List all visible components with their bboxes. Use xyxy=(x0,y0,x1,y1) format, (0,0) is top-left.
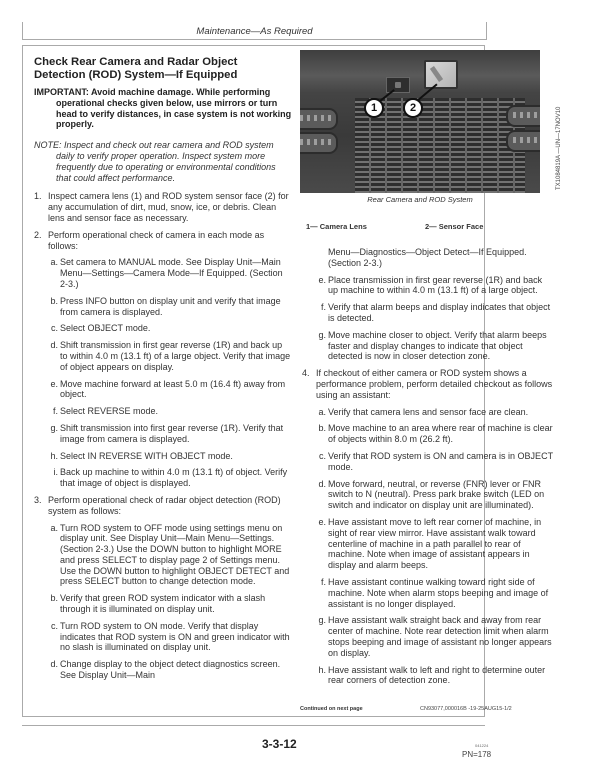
substep-2c: c.Select OBJECT mode. xyxy=(34,323,292,334)
substep-letter: b. xyxy=(48,593,58,604)
substep-text: Set camera to MANUAL mode. See Display U… xyxy=(60,257,283,289)
substep-text: Shift transmission into first gear rever… xyxy=(60,423,283,444)
substep-2g: g.Shift transmission into first gear rev… xyxy=(34,423,292,445)
page-number: 3-3-12 xyxy=(262,737,297,751)
step-text: Perform operational check of camera in e… xyxy=(48,230,264,251)
left-column: Check Rear Camera and Radar Object Detec… xyxy=(34,56,292,687)
legend-sensor-face: 2— Sensor Face xyxy=(425,222,483,231)
footer-divider xyxy=(22,725,485,726)
substep-letter: e. xyxy=(316,517,326,528)
substep-letter: c. xyxy=(48,621,58,632)
legend-camera-lens: 1— Camera Lens xyxy=(306,222,367,231)
substep-2e: e.Move machine forward at least 5.0 m (1… xyxy=(34,379,292,401)
substep-letter: e. xyxy=(316,275,326,286)
note: NOTE: Inspect and check out rear camera … xyxy=(34,140,292,183)
substep-letter: b. xyxy=(48,296,58,307)
substep-text: Select REVERSE mode. xyxy=(60,406,158,416)
step-number: 4. xyxy=(302,368,310,379)
substep-text: Select OBJECT mode. xyxy=(60,323,150,333)
substep-letter: b. xyxy=(316,423,326,434)
date-code: 041224 xyxy=(475,743,488,748)
substep-text: Press INFO button on display unit and ve… xyxy=(60,296,281,317)
callout-1: 1 xyxy=(364,98,384,118)
step-text: If checkout of either camera or ROD syst… xyxy=(316,368,552,400)
pn-number: PN=178 xyxy=(462,750,491,759)
substep-letter: c. xyxy=(48,323,58,334)
substep-text: Verify that alarm beeps and display indi… xyxy=(328,302,550,323)
rear-camera-rod-photo: 1 2 xyxy=(300,50,540,193)
substep-text: Turn ROD system to OFF mode using settin… xyxy=(60,523,289,587)
substep-letter: g. xyxy=(316,330,326,341)
substep-letter: c. xyxy=(316,451,326,462)
substep-4c: c.Verify that ROD system is ON and camer… xyxy=(302,451,554,473)
substep-letter: h. xyxy=(316,665,326,676)
figure-id: TX1084819A —UN—17NOV10 xyxy=(556,107,562,190)
substep-text: Select IN REVERSE WITH OBJECT mode. xyxy=(60,451,233,461)
substep-3g: g.Move machine closer to object. Verify … xyxy=(302,330,554,362)
step-4: 4. If checkout of either camera or ROD s… xyxy=(302,368,554,400)
substep-4e: e.Have assistant move to left rear corne… xyxy=(302,517,554,571)
figure-caption: Rear Camera and ROD System xyxy=(300,195,540,204)
substep-3d-continued: Menu—Diagnostics—Object Detect—If Equipp… xyxy=(302,247,554,269)
substep-text: Verify that green ROD system indicator w… xyxy=(60,593,265,614)
important-notice: IMPORTANT: Avoid machine damage. While p… xyxy=(34,87,292,130)
step-number: 3. xyxy=(34,495,42,506)
substep-text: Verify that ROD system is ON and camera … xyxy=(328,451,553,472)
substep-letter: f. xyxy=(316,302,326,313)
substep-text: Have assistant move to left rear corner … xyxy=(328,517,541,570)
substep-text: Change display to the object detect diag… xyxy=(60,659,280,680)
tail-lamp-left-upper xyxy=(300,108,338,130)
step-1: 1. Inspect camera lens (1) and ROD syste… xyxy=(34,191,292,223)
substep-text: Place transmission in first gear reverse… xyxy=(328,275,542,296)
substep-3f: f.Verify that alarm beeps and display in… xyxy=(302,302,554,324)
substep-text: Menu—Diagnostics—Object Detect—If Equipp… xyxy=(328,247,527,268)
substep-2h: h.Select IN REVERSE WITH OBJECT mode. xyxy=(34,451,292,462)
substep-letter: h. xyxy=(48,451,58,462)
substep-letter: g. xyxy=(48,423,58,434)
substep-letter: f. xyxy=(316,577,326,588)
substep-text: Have assistant walk to left and right to… xyxy=(328,665,545,686)
substep-4d: d.Move forward, neutral, or reverse (FNR… xyxy=(302,479,554,511)
substep-3c: c.Turn ROD system to ON mode. Verify tha… xyxy=(34,621,292,653)
substep-text: Have assistant walk straight back and aw… xyxy=(328,615,552,657)
substep-4f: f.Have assistant continue walking toward… xyxy=(302,577,554,609)
camera-lens-icon xyxy=(395,82,401,88)
substep-2i: i.Back up machine to within 4.0 m (13.1 … xyxy=(34,467,292,489)
substep-4g: g.Have assistant walk straight back and … xyxy=(302,615,554,658)
substep-letter: e. xyxy=(48,379,58,390)
substep-text: Move machine forward at least 5.0 m (16.… xyxy=(60,379,285,400)
substep-letter: d. xyxy=(48,340,58,351)
step-text: Perform operational check of radar objec… xyxy=(48,495,281,516)
right-column: Menu—Diagnostics—Object Detect—If Equipp… xyxy=(302,247,554,692)
substep-2a: a.Set camera to MANUAL mode. See Display… xyxy=(34,257,292,289)
running-header: Maintenance—As Required xyxy=(22,22,487,40)
substep-text: Shift transmission in first gear reverse… xyxy=(60,340,290,372)
tail-lamp-left-lower xyxy=(300,132,338,154)
running-header-title: Maintenance—As Required xyxy=(23,26,486,37)
substep-text: Move machine to an area where rear of ma… xyxy=(328,423,553,444)
substep-3d: d.Change display to the object detect di… xyxy=(34,659,292,681)
substep-letter: f. xyxy=(48,406,58,417)
document-reference: CN93077,000016B -19-25AUG15-1/2 xyxy=(420,706,512,712)
substep-letter: g. xyxy=(316,615,326,626)
substep-letter: a. xyxy=(48,523,58,534)
substep-2f: f.Select REVERSE mode. xyxy=(34,406,292,417)
substep-2b: b.Press INFO button on display unit and … xyxy=(34,296,292,318)
substep-4b: b.Move machine to an area where rear of … xyxy=(302,423,554,445)
radar-sensor-face xyxy=(424,60,458,89)
tail-lamp-right-lower xyxy=(506,130,540,152)
substep-letter: i. xyxy=(48,467,58,478)
substep-letter: d. xyxy=(316,479,326,490)
tail-lamp-right-upper xyxy=(506,105,540,127)
substep-text: Back up machine to within 4.0 m (13.1 ft… xyxy=(60,467,287,488)
substep-4a: a.Verify that camera lens and sensor fac… xyxy=(302,407,554,418)
substep-letter: a. xyxy=(48,257,58,268)
substep-text: Move forward, neutral, or reverse (FNR) … xyxy=(328,479,544,511)
substep-3e: e.Place transmission in first gear rever… xyxy=(302,275,554,297)
callout-2: 2 xyxy=(403,98,423,118)
substep-letter: a. xyxy=(316,407,326,418)
substep-text: Have assistant continue walking toward r… xyxy=(328,577,548,609)
section-title: Check Rear Camera and Radar Object Detec… xyxy=(34,56,292,82)
step-2: 2. Perform operational check of camera i… xyxy=(34,230,292,252)
continued-notice: Continued on next page xyxy=(300,706,363,712)
step-number: 1. xyxy=(34,191,42,202)
substep-letter: d. xyxy=(48,659,58,670)
step-text: Inspect camera lens (1) and ROD system s… xyxy=(48,191,289,223)
substep-3b: b.Verify that green ROD system indicator… xyxy=(34,593,292,615)
substep-4h: h.Have assistant walk to left and right … xyxy=(302,665,554,687)
substep-3a: a.Turn ROD system to OFF mode using sett… xyxy=(34,523,292,588)
substep-text: Turn ROD system to ON mode. Verify that … xyxy=(60,621,290,653)
step-number: 2. xyxy=(34,230,42,241)
step-3: 3. Perform operational check of radar ob… xyxy=(34,495,292,517)
substep-text: Verify that camera lens and sensor face … xyxy=(328,407,528,417)
substep-2d: d.Shift transmission in first gear rever… xyxy=(34,340,292,372)
substep-text: Move machine closer to object. Verify th… xyxy=(328,330,547,362)
